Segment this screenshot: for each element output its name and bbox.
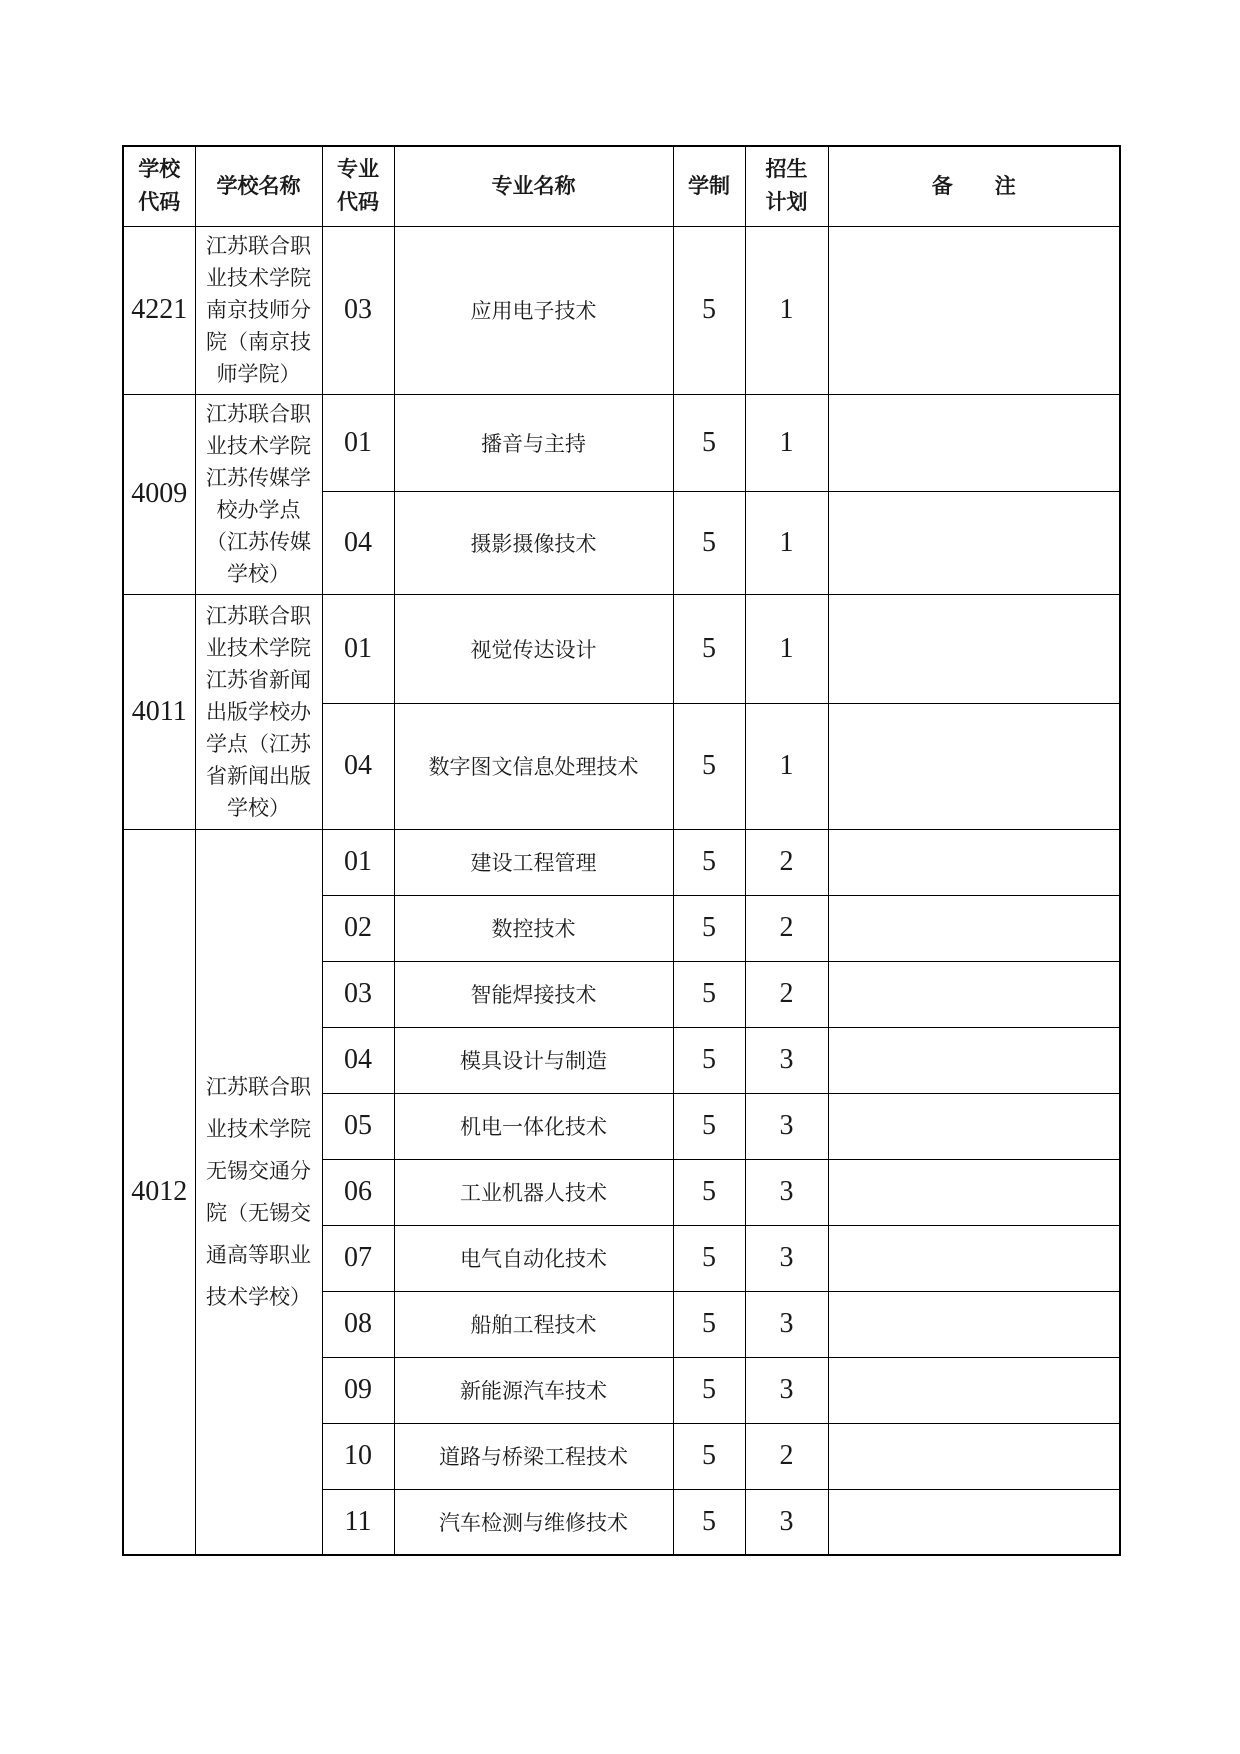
header-major-name: 专业名称 bbox=[394, 146, 673, 226]
plan-cell: 1 bbox=[745, 703, 828, 829]
duration-cell: 5 bbox=[673, 1489, 745, 1555]
remark-cell bbox=[828, 1357, 1120, 1423]
admission-plan-table: 学校 代码 学校名称 专业 代码 专业名称 学制 招生 计划 备 注 4221 … bbox=[122, 145, 1121, 1556]
remark-cell bbox=[828, 895, 1120, 961]
major-name-cell: 应用电子技术 bbox=[394, 226, 673, 394]
plan-cell: 1 bbox=[745, 394, 828, 491]
plan-cell: 3 bbox=[745, 1489, 828, 1555]
major-name-cell: 机电一体化技术 bbox=[394, 1093, 673, 1159]
plan-cell: 3 bbox=[745, 1357, 828, 1423]
remark-cell bbox=[828, 226, 1120, 394]
school-name-cell: 江苏联合职 业技术学院 江苏传媒学 校办学点 （江苏传媒 学校） bbox=[195, 394, 322, 594]
major-code-cell: 03 bbox=[322, 226, 394, 394]
major-name-cell: 播音与主持 bbox=[394, 394, 673, 491]
major-code-cell: 07 bbox=[322, 1225, 394, 1291]
major-code-cell: 10 bbox=[322, 1423, 394, 1489]
major-code-cell: 02 bbox=[322, 895, 394, 961]
major-name-cell: 船舶工程技术 bbox=[394, 1291, 673, 1357]
duration-cell: 5 bbox=[673, 1027, 745, 1093]
table-row: 4009 江苏联合职 业技术学院 江苏传媒学 校办学点 （江苏传媒 学校） 01… bbox=[123, 394, 1120, 491]
remark-cell bbox=[828, 1291, 1120, 1357]
plan-cell: 3 bbox=[745, 1159, 828, 1225]
duration-cell: 5 bbox=[673, 594, 745, 703]
header-remarks: 备 注 bbox=[828, 146, 1120, 226]
remark-cell bbox=[828, 1027, 1120, 1093]
plan-cell: 3 bbox=[745, 1225, 828, 1291]
plan-cell: 1 bbox=[745, 594, 828, 703]
duration-cell: 5 bbox=[673, 961, 745, 1027]
duration-cell: 5 bbox=[673, 1291, 745, 1357]
duration-cell: 5 bbox=[673, 226, 745, 394]
major-name-cell: 道路与桥梁工程技术 bbox=[394, 1423, 673, 1489]
remark-cell bbox=[828, 1159, 1120, 1225]
header-plan: 招生 计划 bbox=[745, 146, 828, 226]
major-code-cell: 03 bbox=[322, 961, 394, 1027]
plan-cell: 2 bbox=[745, 829, 828, 895]
document-page: 学校 代码 学校名称 专业 代码 专业名称 学制 招生 计划 备 注 4221 … bbox=[0, 0, 1240, 1754]
duration-cell: 5 bbox=[673, 1357, 745, 1423]
duration-cell: 5 bbox=[673, 491, 745, 594]
header-major-code: 专业 代码 bbox=[322, 146, 394, 226]
remark-cell bbox=[828, 1225, 1120, 1291]
major-code-cell: 04 bbox=[322, 491, 394, 594]
school-code-cell: 4221 bbox=[123, 226, 195, 394]
remark-cell bbox=[828, 961, 1120, 1027]
major-name-cell: 数字图文信息处理技术 bbox=[394, 703, 673, 829]
remark-cell bbox=[828, 829, 1120, 895]
duration-cell: 5 bbox=[673, 895, 745, 961]
duration-cell: 5 bbox=[673, 1093, 745, 1159]
plan-cell: 2 bbox=[745, 895, 828, 961]
major-code-cell: 09 bbox=[322, 1357, 394, 1423]
major-code-cell: 01 bbox=[322, 594, 394, 703]
plan-cell: 2 bbox=[745, 961, 828, 1027]
duration-cell: 5 bbox=[673, 703, 745, 829]
major-code-cell: 01 bbox=[322, 829, 394, 895]
plan-cell: 3 bbox=[745, 1291, 828, 1357]
major-code-cell: 04 bbox=[322, 703, 394, 829]
major-name-cell: 建设工程管理 bbox=[394, 829, 673, 895]
major-code-cell: 04 bbox=[322, 1027, 394, 1093]
plan-cell: 3 bbox=[745, 1027, 828, 1093]
table-row: 4221 江苏联合职 业技术学院 南京技师分 院（南京技 师学院） 03 应用电… bbox=[123, 226, 1120, 394]
remark-cell bbox=[828, 1423, 1120, 1489]
table-header-row: 学校 代码 学校名称 专业 代码 专业名称 学制 招生 计划 备 注 bbox=[123, 146, 1120, 226]
major-name-cell: 新能源汽车技术 bbox=[394, 1357, 673, 1423]
remark-cell bbox=[828, 394, 1120, 491]
major-code-cell: 06 bbox=[322, 1159, 394, 1225]
school-name-cell: 江苏联合职 业技术学院 南京技师分 院（南京技 师学院） bbox=[195, 226, 322, 394]
school-name-cell: 江苏联合职 业技术学院 江苏省新闻 出版学校办 学点（江苏 省新闻出版 学校） bbox=[195, 594, 322, 829]
remark-cell bbox=[828, 1489, 1120, 1555]
remark-cell bbox=[828, 1093, 1120, 1159]
plan-cell: 2 bbox=[745, 1423, 828, 1489]
major-name-cell: 视觉传达设计 bbox=[394, 594, 673, 703]
remark-cell bbox=[828, 594, 1120, 703]
plan-cell: 3 bbox=[745, 1093, 828, 1159]
duration-cell: 5 bbox=[673, 1159, 745, 1225]
major-code-cell: 08 bbox=[322, 1291, 394, 1357]
major-name-cell: 数控技术 bbox=[394, 895, 673, 961]
major-name-cell: 模具设计与制造 bbox=[394, 1027, 673, 1093]
school-name-cell: 江苏联合职 业技术学院 无锡交通分 院（无锡交 通高等职业 技术学校） bbox=[195, 829, 322, 1555]
school-code-cell: 4012 bbox=[123, 829, 195, 1555]
duration-cell: 5 bbox=[673, 394, 745, 491]
table-row: 4011 江苏联合职 业技术学院 江苏省新闻 出版学校办 学点（江苏 省新闻出版… bbox=[123, 594, 1120, 703]
plan-cell: 1 bbox=[745, 226, 828, 394]
duration-cell: 5 bbox=[673, 829, 745, 895]
major-name-cell: 摄影摄像技术 bbox=[394, 491, 673, 594]
table-row: 4012 江苏联合职 业技术学院 无锡交通分 院（无锡交 通高等职业 技术学校）… bbox=[123, 829, 1120, 895]
remark-cell bbox=[828, 703, 1120, 829]
duration-cell: 5 bbox=[673, 1225, 745, 1291]
major-name-cell: 工业机器人技术 bbox=[394, 1159, 673, 1225]
header-school-name: 学校名称 bbox=[195, 146, 322, 226]
major-code-cell: 01 bbox=[322, 394, 394, 491]
duration-cell: 5 bbox=[673, 1423, 745, 1489]
header-school-code: 学校 代码 bbox=[123, 146, 195, 226]
header-duration: 学制 bbox=[673, 146, 745, 226]
school-code-cell: 4009 bbox=[123, 394, 195, 594]
major-name-cell: 电气自动化技术 bbox=[394, 1225, 673, 1291]
plan-cell: 1 bbox=[745, 491, 828, 594]
major-code-cell: 11 bbox=[322, 1489, 394, 1555]
major-code-cell: 05 bbox=[322, 1093, 394, 1159]
remark-cell bbox=[828, 491, 1120, 594]
major-name-cell: 汽车检测与维修技术 bbox=[394, 1489, 673, 1555]
major-name-cell: 智能焊接技术 bbox=[394, 961, 673, 1027]
school-code-cell: 4011 bbox=[123, 594, 195, 829]
